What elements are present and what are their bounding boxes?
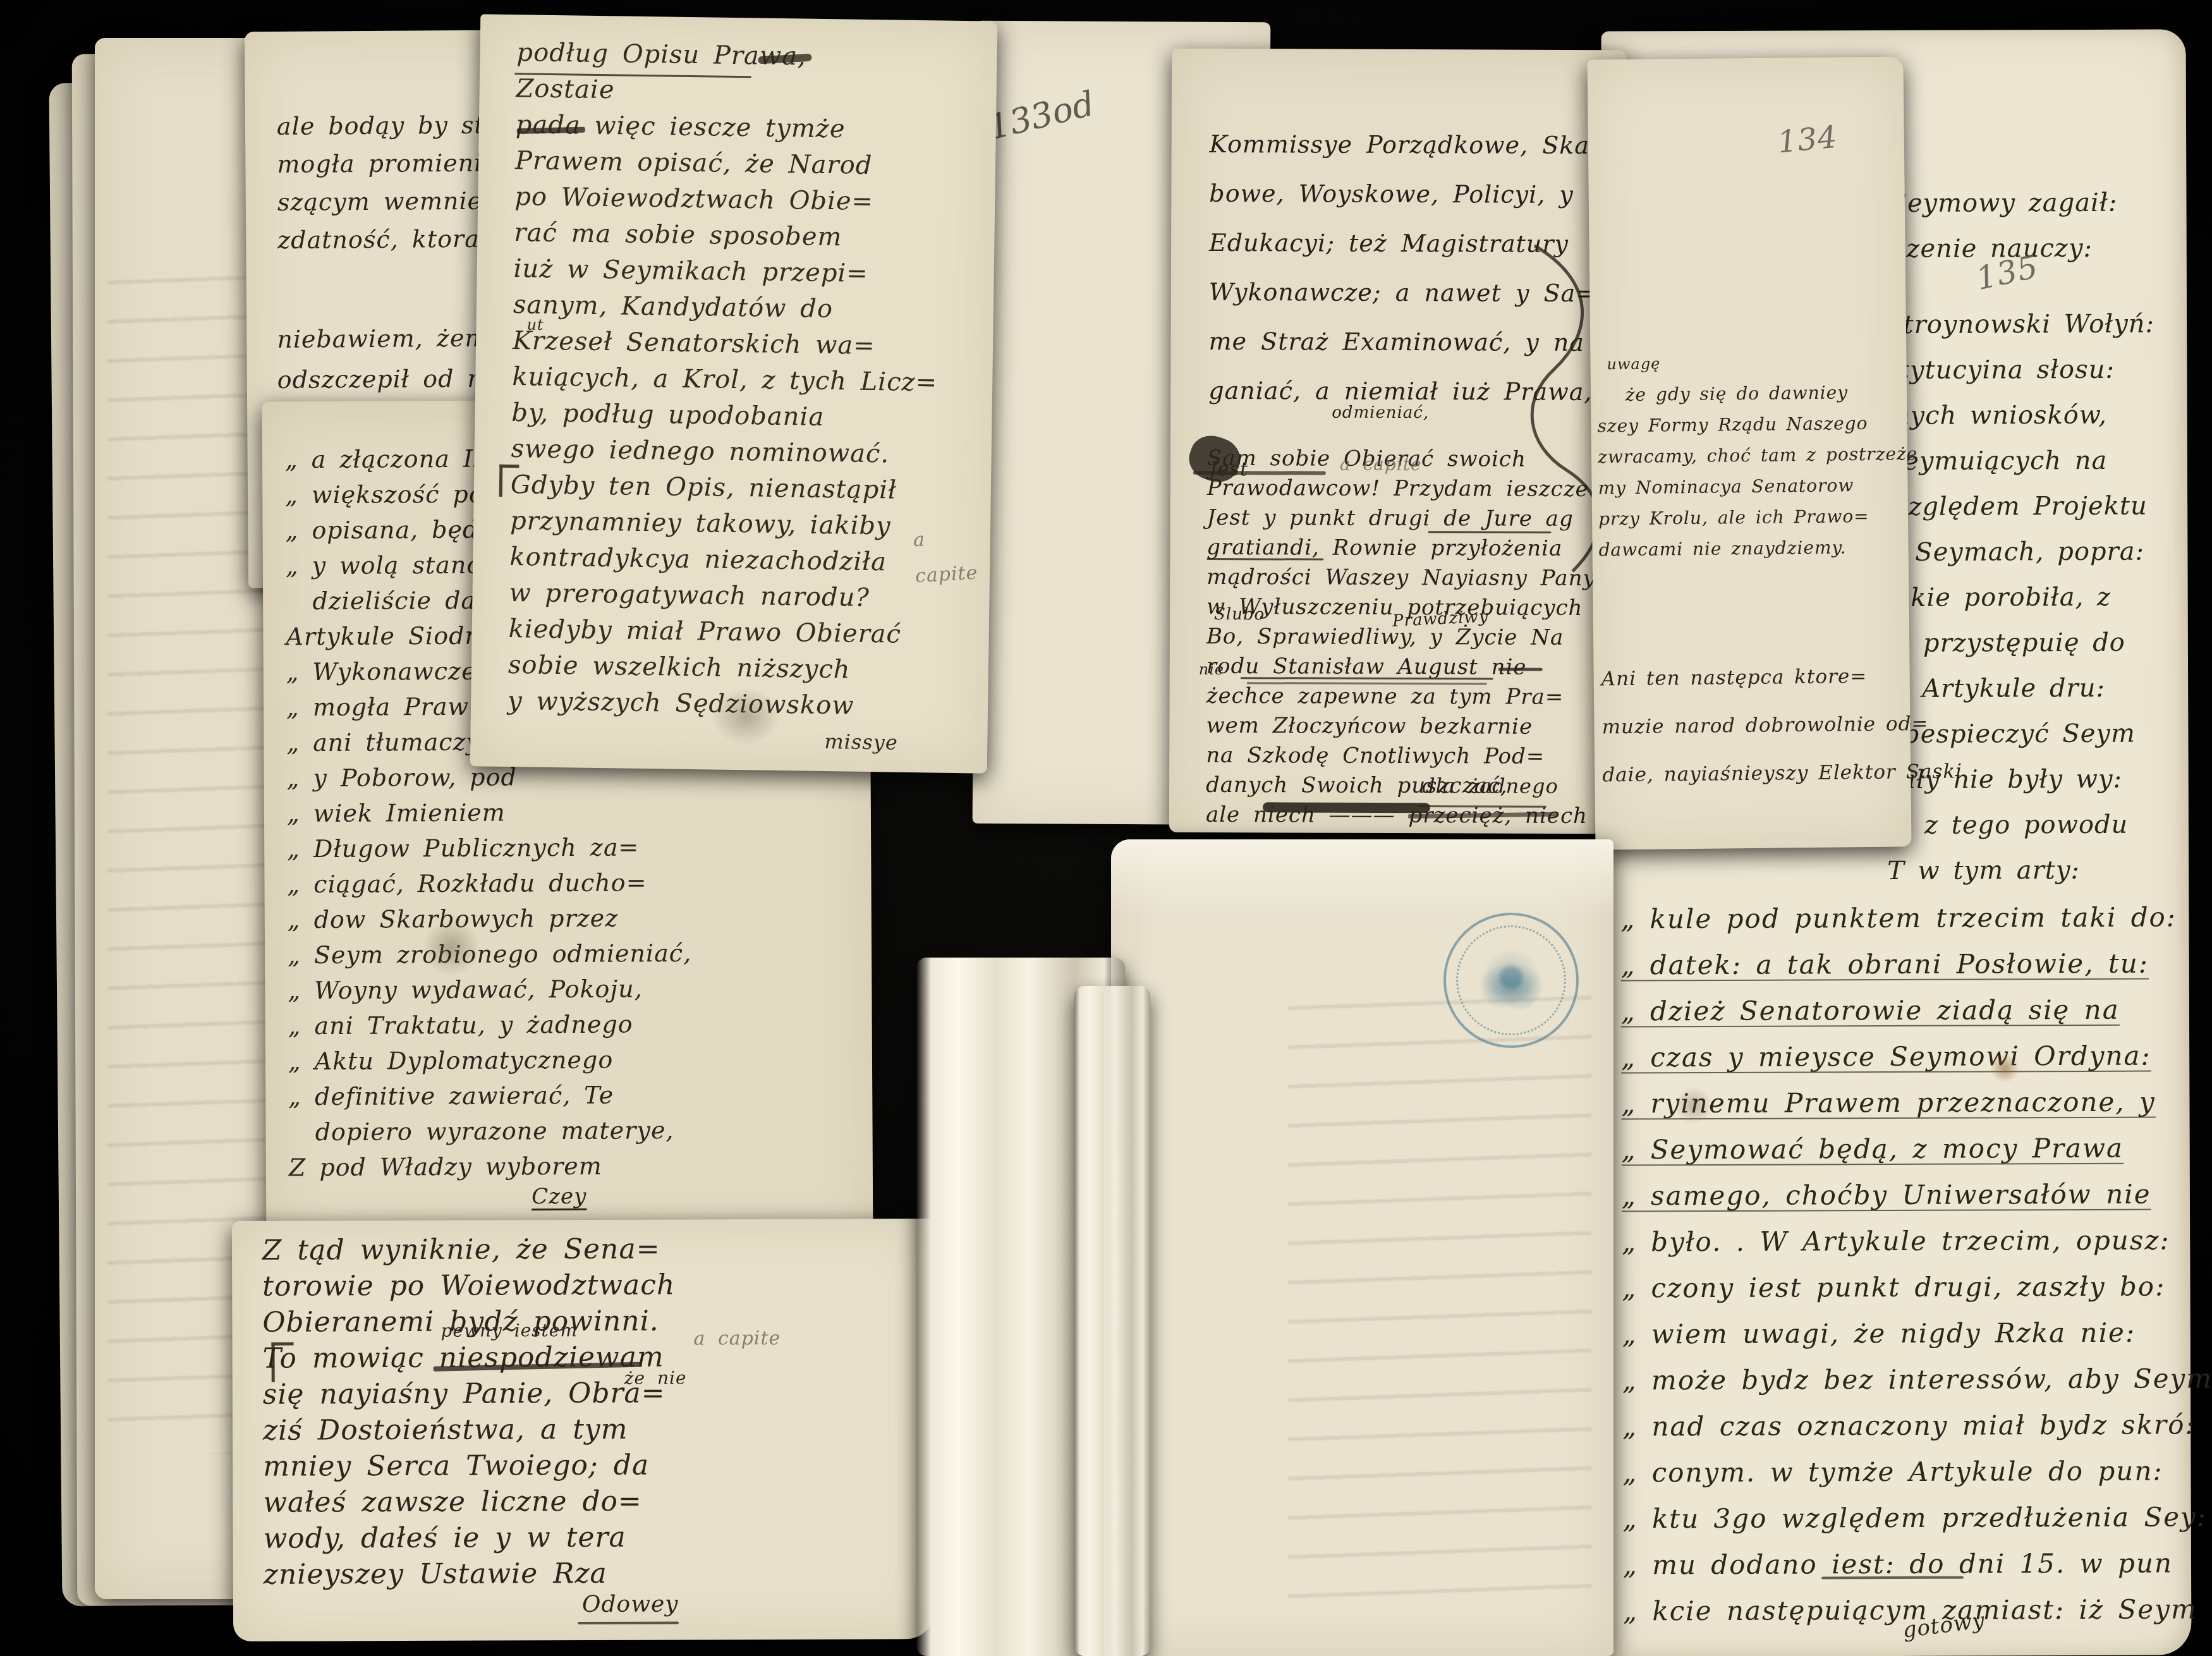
folio-number-134: 134 (1776, 119, 1839, 161)
text-line: zwracamy, choć tam z postrzeże (1598, 438, 1918, 472)
text-line: Prawem opisać, że Narod (515, 143, 941, 185)
text-line: iekie porobiła, z (1887, 575, 2156, 621)
text-line: bowe, Woyskowe, Policyi, y (1209, 169, 1622, 219)
text-line: dopiero wyrazone materye, (288, 1112, 692, 1150)
text-line: „ może bydz bez interessów, aby Seym (1622, 1355, 2212, 1403)
text-line: „ wiek Imieniem (287, 794, 691, 831)
paragraph-bracket (499, 465, 520, 497)
strikethrough-mark (1193, 471, 1326, 475)
text-line: się nayiaśny Panie, Obra= (263, 1375, 676, 1412)
text-line: „ Seymować będą, z mocy Prawa (1622, 1124, 2212, 1172)
catchword: Odowey (582, 1586, 679, 1623)
text-line: kuiących, a Krol, z tych Licz= (512, 359, 938, 401)
text-line: „ ktu 3go względem przedłużenia Sey: (1623, 1494, 2212, 1542)
text-line: rać ma sobie sposobem (514, 215, 940, 257)
text-line: Seymowy zagaił: (1889, 180, 2117, 226)
text-line: „ dzież Senatorowie ziadą się na (1621, 986, 2211, 1034)
interlinear-insertion: pewny iestem (441, 1312, 578, 1349)
folio-number-133: 133od (985, 83, 1098, 148)
interlinear-insertion: nie (1199, 661, 1224, 678)
text-line: by, podług upodobania (511, 395, 937, 437)
page-top-left-text: ale bodąy by stamogła promienieszącym we… (277, 106, 510, 259)
text-line: Gdyby ten Opis, nienastąpił (511, 467, 937, 509)
interlinear-insertion: ut (526, 307, 544, 343)
text-line: „ było. . W Artykule trzecim, opusz: (1622, 1217, 2212, 1265)
text-line: „ ryinemu Prawem przeznaczone, y (1621, 1078, 2211, 1126)
page-middle-text: podług Opisu Prawa,Zostaiepada więc iesc… (507, 35, 942, 725)
curled-page-roll-inner (1074, 986, 1150, 1656)
text-line: iuż w Seymikach przepi= (513, 251, 939, 293)
a-capite-note: a capite (912, 518, 992, 595)
text-line: dawcami nie znaydziemy. (1598, 531, 1919, 565)
text-line: Seymuiących na (1886, 438, 2155, 484)
text-line: odszczepił od ra (277, 358, 498, 400)
text-line: „ Woyny wydawać, Pokoju, (288, 971, 691, 1008)
page-right: Kommissye Porządkowe, Skar=bowe, Woyskow… (1169, 49, 1627, 834)
text-line: Ani ten następca ktore= (1601, 652, 1961, 703)
page-135-mid-text: Stroynowski Wołyń:stytucyina słosu:mych … (1885, 301, 2156, 894)
a-capite-note: a capite (1340, 454, 1422, 475)
text-line: „ ciągać, Rozkładu ducho= (287, 865, 691, 902)
text-line: niebawiem, żem (277, 318, 497, 360)
text-line: po Woiewodztwach Obie= (514, 179, 940, 221)
text-line: „ czas y mieysce Seymowi Ordyna: (1621, 1032, 2211, 1080)
text-line: torowie po Woiewodztwach (262, 1267, 675, 1304)
text-line: „ czony iest punkt drugi, zaszły bo: (1622, 1263, 2212, 1311)
text-line: „ mu dodano iest: do dni 15. w pun (1623, 1540, 2212, 1588)
text-line: mych wniosków, (1886, 393, 2155, 439)
text-line: kiedyby miał Prawo Obierać (508, 611, 934, 653)
text-line: „ datek: a tak obrani Posłowie, tu: (1621, 940, 2211, 988)
text-line: „ nad czas oznaczony miał bydz skró: (1622, 1401, 2212, 1449)
text-line: o Seymach, popra: (1886, 529, 2155, 575)
text-line: „ kule pod punktem trzecim taki do: (1620, 894, 2211, 942)
text-line: sobie wszelkich niższych (508, 647, 934, 689)
interlinear-insertion: Ślubo (1214, 605, 1265, 624)
fold-highlight (1111, 839, 1613, 915)
text-line: „ Aktu Dyplomatycznego (288, 1042, 692, 1079)
text-line: stytucyina słosu: (1885, 347, 2154, 393)
underline-mark (1821, 1576, 1964, 1580)
interlinear-insertion: odmieniać, (1332, 403, 1429, 423)
interlinear-insertion: uwagę (1607, 355, 1660, 373)
text-line: ę, z tego powodu (1887, 802, 2156, 848)
page-134-text-lower: Ani ten następca ktore=muzie narod dobro… (1601, 652, 1962, 800)
catchword: missye (824, 724, 898, 761)
text-line: że gdy się do dawniey (1597, 376, 1917, 410)
text-line: wody, dałeś ie y w tera (263, 1519, 676, 1556)
text-line: „ Długow Publicznych za= (287, 829, 691, 867)
text-line: my Nominacya Senatorow (1598, 469, 1918, 503)
text-line: „ wiem uwagi, że nigdy Rzka nie: (1622, 1309, 2212, 1357)
text-line: Stroynowski Wołyń: (1885, 301, 2154, 348)
text-line: „ definitive zawierać, Te (288, 1077, 692, 1114)
text-line: w prerogatywach narodu? (509, 575, 935, 617)
text-line: daie, nayiaśnieyszy Elektor Saski (1602, 748, 1962, 800)
text-line: mniey Serca Twoiego; da (263, 1447, 676, 1484)
text-line: szącym wemnie (277, 181, 510, 221)
text-line: Z pod Władzy wyborem (289, 1148, 693, 1185)
archival-scan-canvas: ale bodąy by stamogła promienieszącym we… (0, 0, 2212, 1656)
text-line: na Szkodę Cnotliwych Pod= (1206, 741, 1595, 772)
text-line: y wyższych Sędziowskow (507, 683, 933, 725)
text-line: „ dow Skarbowych przez (288, 900, 691, 937)
library-stamp-icon (1443, 913, 1579, 1048)
page-middle: podług Opisu Prawa,Zostaiepada więc iesc… (470, 14, 998, 773)
ink-blot (1263, 802, 1430, 813)
text-line: przy Krolu, ale ich Prawo= (1598, 500, 1919, 534)
bleedthrough-texture (1288, 978, 1591, 1623)
underline-mark (1206, 558, 1323, 561)
catchword: gotowy (1900, 1598, 1988, 1653)
text-line: Krzeseł Senatorskich wa= (513, 323, 939, 365)
text-line: sanym, Kandydatów do (513, 287, 939, 329)
text-line: mogła promienie (277, 143, 509, 183)
catchword: dla żadnego (1422, 774, 1559, 798)
text-line: żechce zapewne za tym Pra= (1206, 681, 1596, 712)
text-line: „ samego, choćby Uniwersałów nie (1622, 1171, 2212, 1219)
text-line: wem Złoczyńcow bezkarnie (1206, 711, 1595, 742)
text-line: muzie narod dobrowolnie od= (1601, 700, 1962, 752)
page-folio-134: 134 uwagę że gdy się do dawnieyszey Form… (1587, 56, 1911, 849)
page-134-text-upper: że gdy się do dawnieyszey Formy Rządu Na… (1597, 376, 1919, 565)
text-line: Kommissye Porządkowe, Skar= (1210, 119, 1623, 170)
page-135-list-text: „ kule pod punktem trzecim taki do:„ dat… (1620, 894, 2212, 1634)
text-line: „ conym. w tymże Artykule do pun: (1622, 1447, 2212, 1495)
text-line: podług Opisu Prawa, (516, 35, 942, 76)
text-line: T w tym arty: (1887, 848, 2156, 894)
page-bottom-left: Z tąd wyniknie, że Sena=torowie po Woiew… (232, 1219, 935, 1641)
paragraph-bracket (272, 1342, 294, 1382)
a-capite-note: a capite (693, 1320, 781, 1356)
underline-mark (578, 1621, 679, 1624)
page-bottom-left-text: Z tąd wyniknie, że Sena=torowie po Woiew… (262, 1231, 676, 1592)
text-line: szey Formy Rządu Naszego (1597, 407, 1917, 441)
text-line: ziś Dostoieństwa, a tym (263, 1411, 676, 1448)
text-line: swego iednego nominować. (511, 431, 937, 473)
text-line: względem Projektu (1886, 484, 2155, 530)
text-line: „ Seym zrobionego odmieniać, (288, 935, 691, 973)
text-line: „ ani Traktatu, y żadnego (288, 1006, 692, 1044)
text-line: wałeś zawsze liczne do= (263, 1483, 676, 1520)
catchword: Czey (532, 1179, 587, 1214)
strikethrough-mark (1498, 668, 1543, 671)
text-line: zdatność, ktoraby (277, 219, 510, 259)
text-line: ale bodąy by sta (277, 106, 509, 145)
text-line: przynamniey takowy, iakiby (510, 503, 936, 545)
page-curled-verso (1111, 839, 1613, 1656)
text-line: kontradykcya niezachodziła (509, 539, 935, 581)
text-line: Z tąd wyniknie, że Sena= (262, 1231, 675, 1268)
